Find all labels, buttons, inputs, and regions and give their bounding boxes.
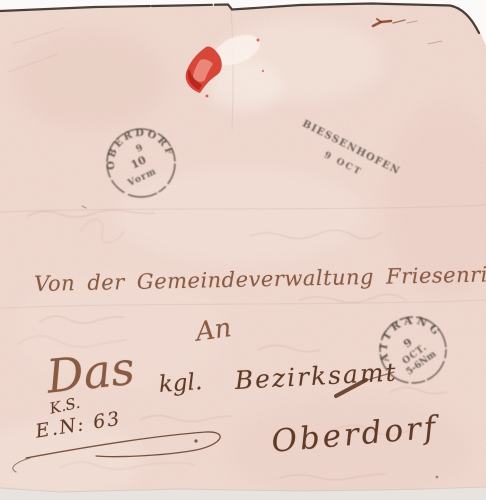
- seal-speck-3: [262, 70, 264, 72]
- seal-speck-1: [206, 95, 209, 98]
- small-speck-bottom-right: [436, 476, 439, 479]
- handwriting-an: An: [194, 313, 233, 348]
- seal-speck-2: [257, 39, 260, 42]
- ink-dot: [194, 439, 197, 442]
- handwriting-kgl: kgl.: [158, 369, 203, 398]
- handwriting-das: Das: [44, 341, 137, 404]
- letter-cover-photo: OBERDORF 9 10 Vorm BIESSENHOFEN 9 OCT AI…: [0, 0, 486, 500]
